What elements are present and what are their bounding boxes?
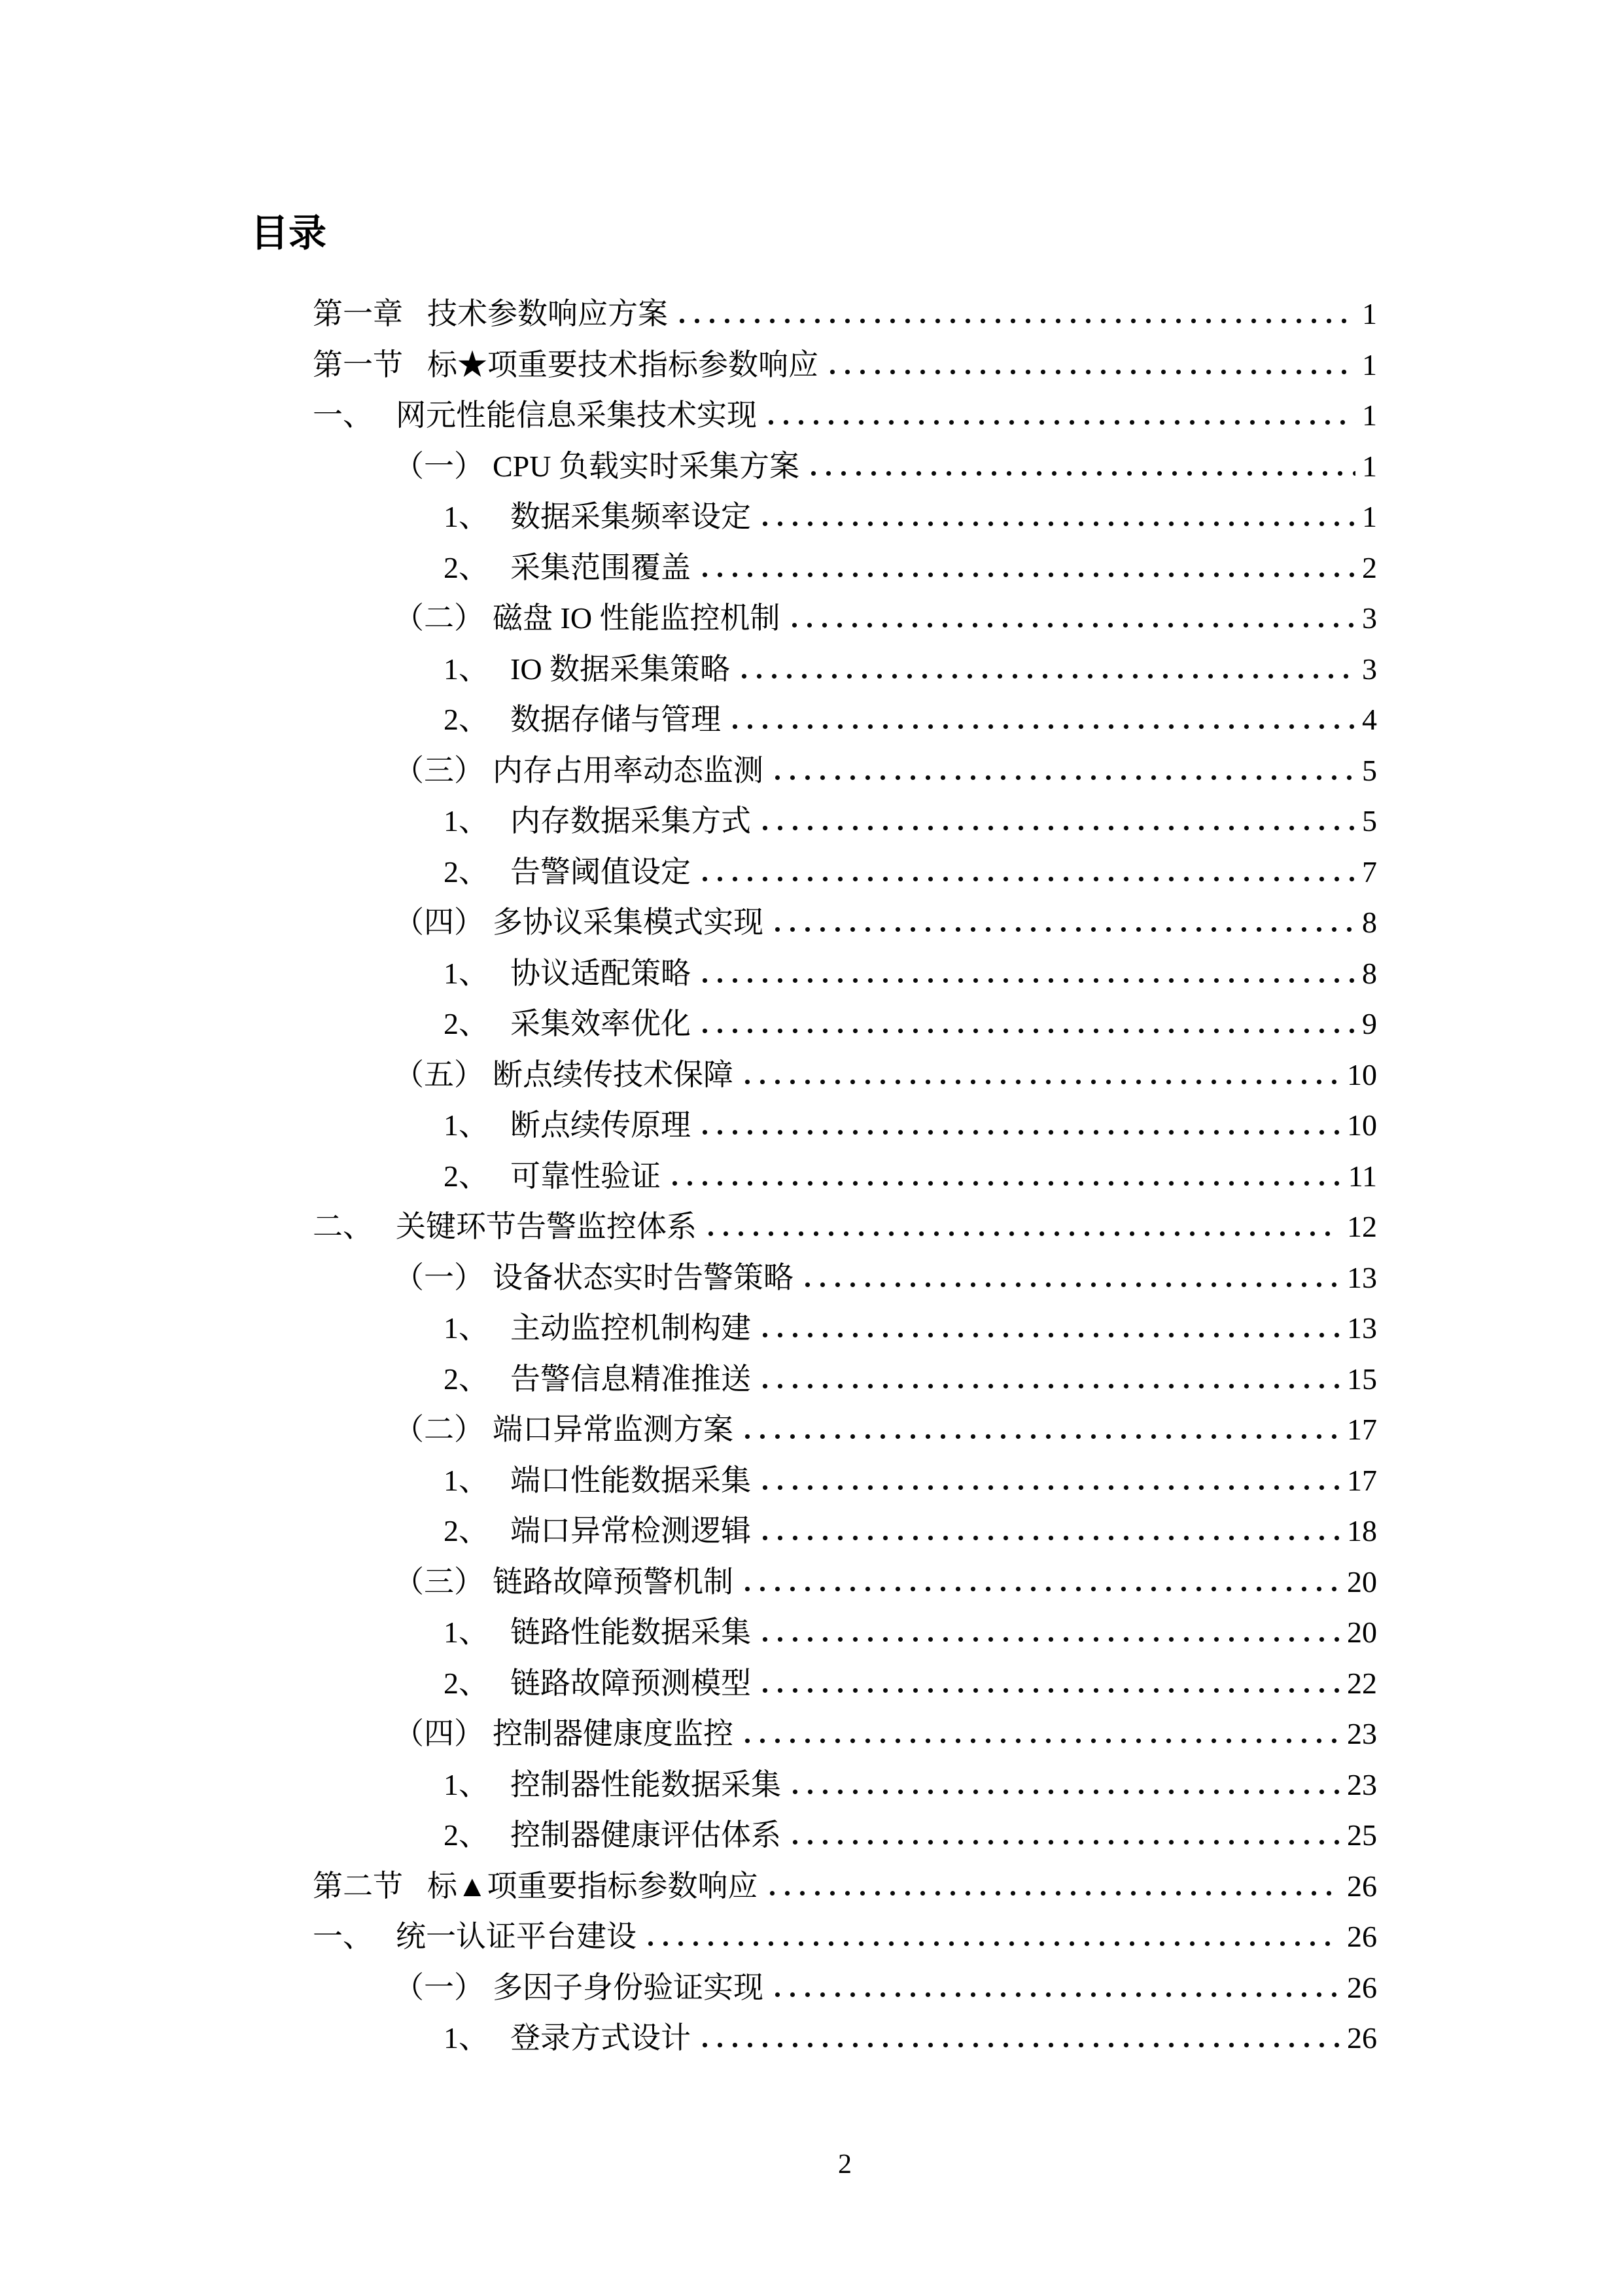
- toc-entry-label: （二）: [394, 1404, 493, 1455]
- dot-leader: [782, 622, 1355, 628]
- toc-entry-label: （四）: [394, 897, 493, 948]
- toc-entry-label: 2、: [444, 694, 510, 745]
- dot-leader: [735, 1738, 1340, 1744]
- toc-entry[interactable]: （二） 端口异常监测方案 17: [313, 1404, 1377, 1455]
- toc-entry-page: 11: [1348, 1151, 1377, 1202]
- toc-entry-title: 主动监控机制构建: [510, 1303, 751, 1354]
- dot-leader: [662, 1180, 1342, 1186]
- toc-entry[interactable]: 1、 登录方式设计 26: [313, 2013, 1377, 2064]
- toc-entry-page: 3: [1362, 644, 1377, 695]
- toc: 第一章 技术参数响应方案 1 第一节 标★项重要技术指标参数响应 1 一、 网元…: [313, 289, 1377, 2064]
- dot-leader: [795, 1282, 1340, 1288]
- toc-entry-page: 20: [1347, 1557, 1377, 1608]
- toc-entry-label: 2、: [444, 1354, 510, 1405]
- toc-entry[interactable]: （一） 设备状态实时告警策略 13: [313, 1252, 1377, 1303]
- dot-leader: [752, 1332, 1340, 1338]
- dot-leader: [765, 775, 1355, 781]
- toc-entry-title: 采集范围覆盖: [510, 542, 691, 593]
- toc-entry[interactable]: 2、 端口异常检测逻辑 18: [313, 1506, 1377, 1557]
- toc-entry-page: 9: [1362, 998, 1377, 1050]
- toc-entry-page: 1: [1362, 340, 1377, 391]
- toc-entry-title: 数据存储与管理: [510, 694, 721, 745]
- toc-entry-page: 10: [1347, 1100, 1377, 1151]
- toc-entry[interactable]: （三） 链路故障预警机制 20: [313, 1557, 1377, 1608]
- dot-leader: [735, 1586, 1340, 1592]
- toc-entry-title: 链路性能数据采集: [510, 1607, 751, 1658]
- toc-entry-title: 端口异常监测方案: [493, 1404, 733, 1455]
- toc-entry-title: 网元性能信息采集技术实现: [396, 390, 757, 441]
- toc-entry-title: 统一认证平台建设: [396, 1911, 637, 1962]
- toc-entry-title: 标▲项重要指标参数响应: [427, 1861, 758, 1912]
- toc-entry-page: 1: [1362, 441, 1377, 492]
- dot-leader: [752, 1485, 1340, 1491]
- toc-entry-title: 端口性能数据采集: [510, 1455, 751, 1506]
- toc-entry-label: 2、: [444, 542, 510, 593]
- toc-entry-label: 1、: [444, 796, 510, 847]
- toc-entry-page: 8: [1362, 897, 1377, 948]
- toc-entry-title: IO 数据采集策略: [510, 644, 730, 695]
- toc-entry-label: 1、: [444, 1607, 510, 1658]
- toc-entry-page: 1: [1362, 491, 1377, 542]
- dot-leader: [752, 825, 1355, 831]
- toc-entry-title: 可靠性验证: [510, 1151, 661, 1202]
- toc-entry[interactable]: 第一章 技术参数响应方案 1: [313, 289, 1377, 340]
- toc-entry-label: 1、: [444, 1303, 510, 1354]
- dot-leader: [731, 673, 1355, 679]
- dot-leader: [752, 1687, 1340, 1693]
- toc-entry-label: 一、: [313, 1911, 396, 1962]
- toc-entry-label: 2、: [444, 1658, 510, 1709]
- dot-leader: [692, 978, 1355, 983]
- toc-entry-page: 17: [1347, 1404, 1377, 1455]
- toc-entry[interactable]: 2、 链路故障预测模型 22: [313, 1658, 1377, 1709]
- toc-entry-page: 23: [1347, 1708, 1377, 1759]
- toc-entry-title: 控制器健康评估体系: [510, 1810, 781, 1861]
- toc-entry[interactable]: 2、 告警阈值设定 7: [313, 847, 1377, 898]
- toc-entry-title: 链路故障预测模型: [510, 1658, 751, 1709]
- toc-entry-label: 1、: [444, 1455, 510, 1506]
- toc-entry-page: 3: [1362, 593, 1377, 644]
- toc-entry[interactable]: 1、 控制器性能数据采集 23: [313, 1759, 1377, 1810]
- toc-entry-page: 20: [1347, 1607, 1377, 1658]
- footer-page-number: 2: [838, 2149, 852, 2180]
- toc-entry-title: 磁盘 IO 性能监控机制: [493, 593, 780, 644]
- toc-entry-page: 26: [1347, 1911, 1377, 1962]
- toc-entry[interactable]: （四） 控制器健康度监控 23: [313, 1708, 1377, 1759]
- toc-entry-label: 1、: [444, 491, 510, 542]
- toc-entry-label: 第二节: [313, 1861, 427, 1912]
- toc-entry[interactable]: 2、 可靠性验证 11: [313, 1151, 1377, 1202]
- toc-entry-title: CPU 负载实时采集方案: [493, 441, 799, 492]
- toc-entry[interactable]: 一、 统一认证平台建设 26: [313, 1911, 1377, 1962]
- toc-entry[interactable]: 1、 内存数据采集方式 5: [313, 796, 1377, 847]
- toc-entry-label: （一）: [394, 1252, 493, 1303]
- toc-entry-page: 23: [1347, 1759, 1377, 1810]
- toc-entry-title: 控制器性能数据采集: [510, 1759, 781, 1810]
- toc-entry-page: 18: [1347, 1506, 1377, 1557]
- toc-entry-label: （一）: [394, 441, 493, 492]
- toc-entry-label: （一）: [394, 1962, 493, 2013]
- toc-entry[interactable]: 1、 主动监控机制构建 13: [313, 1303, 1377, 1354]
- dot-leader: [801, 470, 1355, 476]
- toc-entry[interactable]: 2、 数据存储与管理 4: [313, 694, 1377, 745]
- toc-entry-label: 2、: [444, 847, 510, 898]
- toc-entry-label: （五）: [394, 1050, 493, 1101]
- toc-entry-label: 第一节: [313, 340, 427, 391]
- toc-entry-page: 4: [1362, 694, 1377, 745]
- dot-leader: [698, 1231, 1340, 1237]
- toc-entry-label: 二、: [313, 1201, 396, 1252]
- toc-entry[interactable]: 1、 端口性能数据采集 17: [313, 1455, 1377, 1506]
- dot-leader: [820, 369, 1355, 375]
- toc-entry-page: 1: [1362, 390, 1377, 441]
- toc-entry-label: （二）: [394, 593, 493, 644]
- toc-entry-title: 多因子身份验证实现: [493, 1962, 763, 2013]
- toc-entry[interactable]: 一、 网元性能信息采集技术实现 1: [313, 390, 1377, 441]
- toc-entry-label: 1、: [444, 1759, 510, 1810]
- toc-entry-title: 技术参数响应方案: [427, 289, 668, 340]
- toc-entry-page: 10: [1347, 1050, 1377, 1101]
- toc-entry-label: 2、: [444, 1810, 510, 1861]
- dot-leader: [752, 1383, 1340, 1389]
- dot-leader: [752, 1636, 1340, 1642]
- toc-entry-label: 2、: [444, 1151, 510, 1202]
- toc-entry[interactable]: 2、 采集效率优化 9: [313, 998, 1377, 1050]
- toc-entry-page: 22: [1347, 1658, 1377, 1709]
- toc-entry-title: 内存数据采集方式: [510, 796, 751, 847]
- toc-entry-title: 告警阈值设定: [510, 847, 691, 898]
- toc-entry[interactable]: 2、 采集范围覆盖 2: [313, 542, 1377, 593]
- toc-entry-title: 设备状态实时告警策略: [493, 1252, 794, 1303]
- toc-entry[interactable]: （三） 内存占用率动态监测 5: [313, 745, 1377, 796]
- toc-entry-page: 12: [1347, 1201, 1377, 1252]
- dot-leader: [782, 1789, 1340, 1795]
- dot-leader: [765, 927, 1355, 932]
- toc-entry[interactable]: 2、 控制器健康评估体系 25: [313, 1810, 1377, 1861]
- toc-entry-label: 2、: [444, 1506, 510, 1557]
- toc-entry-title: 关键环节告警监控体系: [396, 1201, 697, 1252]
- page-title: 目录: [251, 211, 326, 256]
- toc-entry-page: 5: [1362, 796, 1377, 847]
- dot-leader: [735, 1079, 1340, 1085]
- dot-leader: [692, 1129, 1340, 1135]
- dot-leader: [759, 1890, 1340, 1896]
- toc-entry-page: 7: [1362, 847, 1377, 898]
- toc-entry[interactable]: （一） CPU 负载实时采集方案 1: [313, 441, 1377, 492]
- toc-entry[interactable]: 第二节 标▲项重要指标参数响应 26: [313, 1861, 1377, 1912]
- toc-entry-title: 内存占用率动态监测: [493, 745, 763, 796]
- toc-entry-label: （三）: [394, 745, 493, 796]
- toc-entry[interactable]: 1、 协议适配策略 8: [313, 948, 1377, 999]
- toc-entry[interactable]: 1、 IO 数据采集策略 3: [313, 644, 1377, 695]
- toc-entry-title: 断点续传原理: [510, 1100, 691, 1151]
- toc-entry-page: 1: [1362, 289, 1377, 340]
- toc-entry-title: 数据采集频率设定: [510, 491, 751, 542]
- document-page: 目录 第一章 技术参数响应方案 1 第一节 标★项重要技术指标参数响应 1 一、…: [0, 0, 1623, 2296]
- toc-entry-label: （三）: [394, 1557, 493, 1608]
- toc-entry[interactable]: 2、 告警信息精准推送 15: [313, 1354, 1377, 1405]
- dot-leader: [722, 724, 1355, 730]
- toc-entry-title: 告警信息精准推送: [510, 1354, 751, 1405]
- toc-entry[interactable]: 第一节 标★项重要技术指标参数响应 1: [313, 340, 1377, 391]
- toc-entry[interactable]: （一） 多因子身份验证实现 26: [313, 1962, 1377, 2013]
- toc-entry-title: 登录方式设计: [510, 2013, 691, 2064]
- dot-leader: [692, 572, 1355, 578]
- toc-entry-page: 26: [1347, 1962, 1377, 2013]
- toc-entry[interactable]: （二） 磁盘 IO 性能监控机制 3: [313, 593, 1377, 644]
- toc-entry[interactable]: 1、 断点续传原理 10: [313, 1100, 1377, 1151]
- dot-leader: [692, 1028, 1355, 1034]
- dot-leader: [692, 876, 1355, 882]
- toc-entry-page: 26: [1347, 2013, 1377, 2064]
- dot-leader: [758, 419, 1355, 425]
- toc-entry-label: 第一章: [313, 289, 427, 340]
- toc-entry-page: 13: [1347, 1252, 1377, 1303]
- page-footer: 2: [313, 2148, 1377, 2181]
- toc-entry[interactable]: 二、 关键环节告警监控体系 12: [313, 1201, 1377, 1252]
- toc-entry-page: 5: [1362, 745, 1377, 796]
- toc-entry[interactable]: 1、 链路性能数据采集 20: [313, 1607, 1377, 1658]
- dot-leader: [782, 1839, 1340, 1845]
- toc-entry-title: 标★项重要技术指标参数响应: [427, 340, 818, 391]
- toc-entry-label: 1、: [444, 2013, 510, 2064]
- toc-entry-page: 17: [1347, 1455, 1377, 1506]
- toc-entry-page: 15: [1347, 1354, 1377, 1405]
- toc-entry-label: （四）: [394, 1708, 493, 1759]
- toc-entry-page: 13: [1347, 1303, 1377, 1354]
- toc-entry-label: 1、: [444, 948, 510, 999]
- toc-entry-title: 控制器健康度监控: [493, 1708, 733, 1759]
- dot-leader: [638, 1941, 1340, 1947]
- dot-leader: [765, 1992, 1340, 1998]
- toc-entry-title: 断点续传技术保障: [493, 1050, 733, 1101]
- toc-entry-label: 1、: [444, 1100, 510, 1151]
- toc-entry-label: 一、: [313, 390, 396, 441]
- toc-entry-title: 协议适配策略: [510, 948, 691, 999]
- toc-entry[interactable]: （五） 断点续传技术保障 10: [313, 1050, 1377, 1101]
- dot-leader: [752, 521, 1355, 527]
- toc-entry[interactable]: （四） 多协议采集模式实现 8: [313, 897, 1377, 948]
- toc-entry-title: 端口异常检测逻辑: [510, 1506, 751, 1557]
- toc-entry-page: 26: [1347, 1861, 1377, 1912]
- toc-entry-title: 采集效率优化: [510, 998, 691, 1050]
- dot-leader: [735, 1434, 1340, 1439]
- toc-entry[interactable]: 1、 数据采集频率设定 1: [313, 491, 1377, 542]
- dot-leader: [692, 2042, 1340, 2048]
- toc-entry-title: 多协议采集模式实现: [493, 897, 763, 948]
- toc-entry-title: 链路故障预警机制: [493, 1557, 733, 1608]
- toc-entry-page: 2: [1362, 542, 1377, 593]
- toc-entry-page: 25: [1347, 1810, 1377, 1861]
- dot-leader: [752, 1535, 1340, 1541]
- toc-entry-label: 1、: [444, 644, 510, 695]
- toc-entry-page: 8: [1362, 948, 1377, 999]
- toc-entry-label: 2、: [444, 998, 510, 1050]
- dot-leader: [669, 318, 1355, 324]
